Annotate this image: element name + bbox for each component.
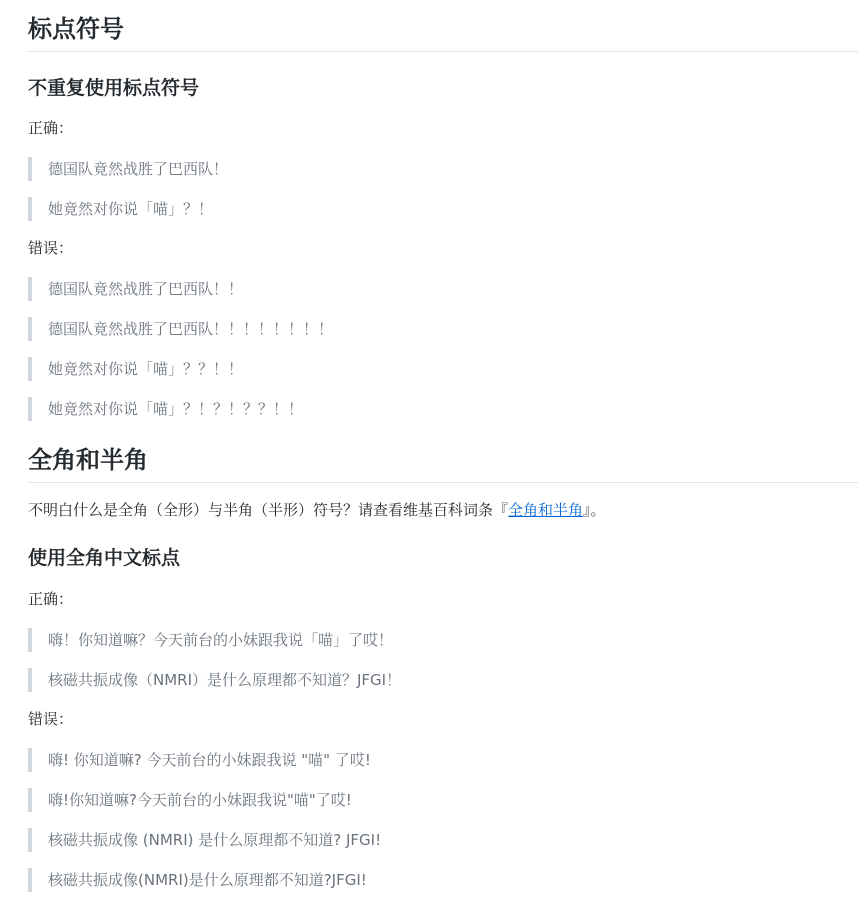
example-wrong-4: 核磁共振成像(NMRI)是什么原理都不知道?JFGI! — [28, 868, 858, 892]
section-title-punctuation: 标点符号 — [28, 14, 858, 52]
intro-text-before: 不明白什么是全角（全形）与半角（半形）符号？请查看维基百科词条『 — [28, 501, 508, 519]
correct-label: 正确： — [28, 588, 858, 611]
example-wrong-1: 德国队竟然战胜了巴西队！！ — [28, 277, 858, 301]
example-wrong-2: 嗨!你知道嘛?今天前台的小妹跟我说"喵"了哎! — [28, 788, 858, 812]
intro-paragraph: 不明白什么是全角（全形）与半角（半形）符号？请查看维基百科词条『全角和半角』。 — [28, 499, 858, 522]
example-wrong-4: 她竟然对你说「喵」？！？！？？！！ — [28, 397, 858, 421]
example-wrong-1: 嗨! 你知道嘛? 今天前台的小妹跟我说 "喵" 了哎! — [28, 748, 858, 772]
example-correct-1: 嗨！你知道嘛？今天前台的小妹跟我说「喵」了哎！ — [28, 628, 858, 652]
example-correct-2: 她竟然对你说「喵」？！ — [28, 197, 858, 221]
wrong-label: 错误： — [28, 708, 858, 731]
document: 标点符号 不重复使用标点符号 正确： 德国队竟然战胜了巴西队！ 她竟然对你说「喵… — [0, 0, 868, 10]
wiki-link-fullwidth[interactable]: 全角和半角 — [508, 501, 583, 519]
example-wrong-3: 她竟然对你说「喵」？？！！ — [28, 357, 858, 381]
subsection-title-no-repeat: 不重复使用标点符号 — [28, 77, 858, 101]
subsection-title-use-fullwidth: 使用全角中文标点 — [28, 547, 858, 571]
example-correct-2: 核磁共振成像（NMRI）是什么原理都不知道？JFGI！ — [28, 668, 858, 692]
correct-label: 正确： — [28, 117, 858, 140]
intro-text-after: 』。 — [583, 501, 606, 519]
wrong-label: 错误： — [28, 237, 858, 260]
example-wrong-3: 核磁共振成像 (NMRI) 是什么原理都不知道? JFGI! — [28, 828, 858, 852]
section-title-fullwidth: 全角和半角 — [28, 445, 858, 483]
example-correct-1: 德国队竟然战胜了巴西队！ — [28, 157, 858, 181]
example-wrong-2: 德国队竟然战胜了巴西队！！！！！！！！ — [28, 317, 858, 341]
